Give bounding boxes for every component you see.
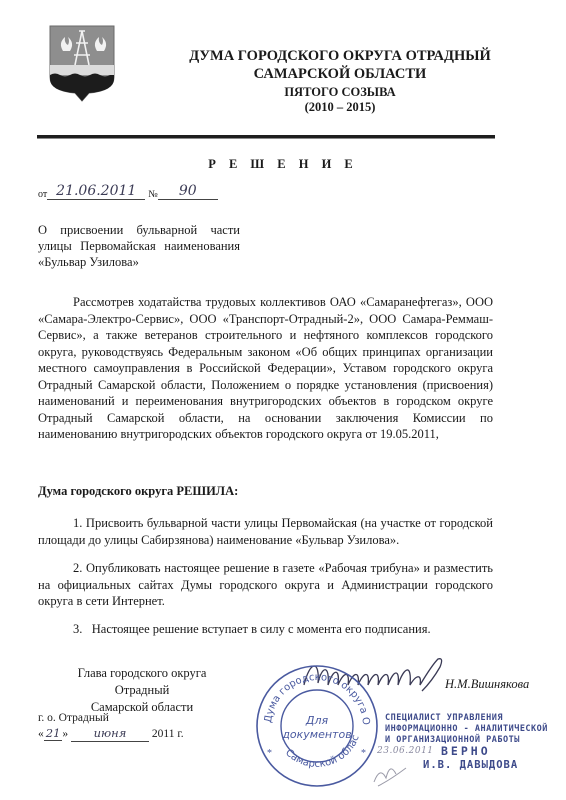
subject-line: «Бульвар Узилова» <box>38 254 240 270</box>
convocation-label: ПЯТОГО СОЗЫВА <box>140 85 540 100</box>
sign-month: июня <box>71 726 149 742</box>
city-name: г. о. Отрадный <box>38 711 184 726</box>
number-prefix: № <box>148 189 158 200</box>
certification-verified: ВЕРНО <box>441 746 491 757</box>
resolution-item-2: 2. Опубликовать настоящее решение в газе… <box>38 560 493 610</box>
sign-day: 21 <box>44 726 63 741</box>
document-subject: О присвоении бульварной части улицы Перв… <box>38 222 240 270</box>
convocation-years: (2010 – 2015) <box>140 100 540 115</box>
subject-line: улицы Первомайская наименования <box>38 238 240 254</box>
date-number-line: от 21.06.2011 № 90 <box>38 184 218 200</box>
resolved-heading: Дума городского округа РЕШИЛА: <box>38 484 238 499</box>
coat-of-arms-icon <box>49 25 115 103</box>
resolution-item-1: 1. Присвоить бульварной части улицы Перв… <box>38 515 493 548</box>
header-divider <box>37 135 495 139</box>
place-and-date: г. о. Отрадный «21» июня 2011 г. <box>38 711 184 742</box>
council-name: ДУМА ГОРОДСКОГО ОКРУГА ОТРАДНЫЙ САМАРСКО… <box>140 47 540 83</box>
date-prefix: от <box>38 189 47 200</box>
subject-line: О присвоении бульварной части <box>38 222 240 238</box>
document-type-title: Р Е Ш Е Н И Е <box>0 157 566 172</box>
quote-open: « <box>38 728 44 740</box>
certification-line1: СПЕЦИАЛИСТ УПРАВЛЕНИЯ <box>385 713 548 724</box>
council-name-line2: САМАРСКОЙ ОБЛАСТИ <box>140 65 540 83</box>
official-round-stamp: Дума городского округа Отрадный Самарско… <box>253 662 381 790</box>
convocation: ПЯТОГО СОЗЫВА (2010 – 2015) <box>140 85 540 115</box>
signatory-title: Глава городского округа Отрадный Самарск… <box>52 665 232 716</box>
svg-text:*: * <box>361 748 366 759</box>
resolution-item-3: 3. Настоящее решение вступает в силу с м… <box>38 621 493 638</box>
preamble-paragraph: Рассмотрев ходатайства трудовых коллекти… <box>38 294 493 443</box>
sign-year: 2011 г. <box>152 728 184 740</box>
stamp-center-line2: документов <box>281 728 351 741</box>
document-date: 21.06.2011 <box>47 184 145 200</box>
certification-line2: ИНФОРМАЦИОННО - АНАЛИТИЧЕСКОЙ <box>385 724 548 735</box>
council-name-line1: ДУМА ГОРОДСКОГО ОКРУГА ОТРАДНЫЙ <box>140 47 540 65</box>
signatory-title-line1: Глава городского округа Отрадный <box>52 665 232 699</box>
stamp-center-line1: Для <box>305 714 329 727</box>
quote-close: » <box>62 728 68 740</box>
signatory-name: Н.М.Вишнякова <box>445 677 529 692</box>
svg-text:*: * <box>267 748 272 759</box>
certifier-signature <box>370 752 410 792</box>
document-number: 90 <box>158 184 218 200</box>
